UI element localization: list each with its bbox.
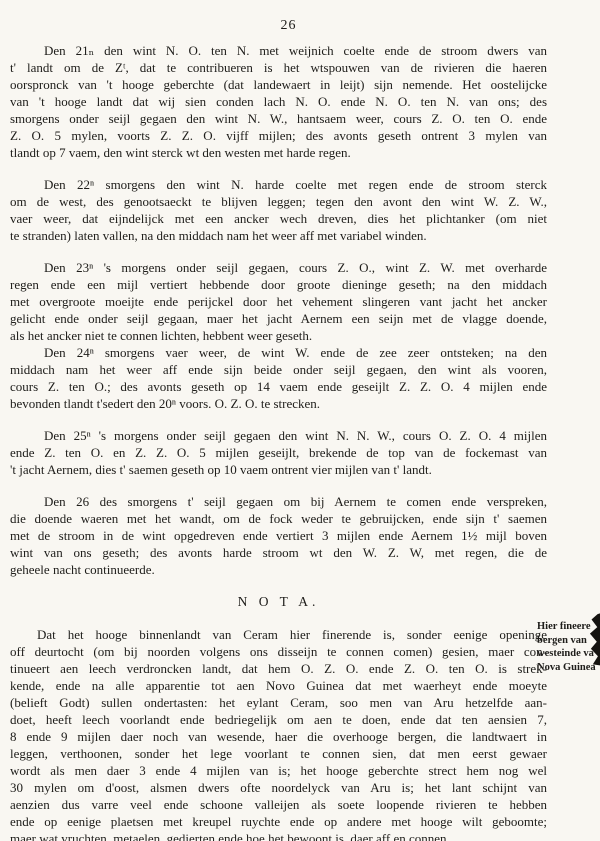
text-line: die doende waeren met het wandt, om de f… xyxy=(10,510,547,527)
text-line: wint van ons geseth; des avonts harde st… xyxy=(10,544,547,561)
journal-paragraph: Den 26 des smorgens t' seijl gegaen om b… xyxy=(10,493,547,578)
text-line: 't jacht Aernem, dies t' saemen geseth o… xyxy=(10,461,547,478)
margin-note-line: Hier fineere xyxy=(537,620,600,634)
text-line: Den 25ⁿ 's morgens onder seijl gegaen de… xyxy=(10,427,547,444)
journal-paragraph: Den 21ₙ den wint N. O. ten N. met weijni… xyxy=(10,42,547,161)
nota-section: Dat het hooge binnenlandt van Ceram hier… xyxy=(10,626,547,841)
journal-paragraph: Den 24ⁿ smorgens vaer weer, de wint W. e… xyxy=(10,344,547,412)
text-line: (belieft Godt) sullen ondertasten: het e… xyxy=(10,694,547,711)
text-line: middach nam het weer aff ende sijn beide… xyxy=(10,361,547,378)
nota-heading: N O T A. xyxy=(10,594,547,611)
text-line: Den 23ⁿ 's morgens onder seijl gegaen, c… xyxy=(10,259,547,276)
text-line: aenzien dus varre veel ende schoone vall… xyxy=(10,796,547,813)
journal-paragraph: Den 22ⁿ smorgens den wint N. harde coelt… xyxy=(10,176,547,244)
text-line: Z. O. 5 mylen, voorts Z. Z. O. vijff mij… xyxy=(10,127,547,144)
text-line: maer wat vruchten, metaelen, gedierten e… xyxy=(10,830,547,841)
text-line: bevonden tlandt t'sedert den 20ⁿ voors. … xyxy=(10,395,547,412)
text-line: oorspronck van 't hooge geberchte (dat l… xyxy=(10,76,547,93)
page-number: 26 xyxy=(10,18,567,34)
book-page: 26 Den 21ₙ den wint N. O. ten N. met wei… xyxy=(0,0,600,841)
text-line: wordt als men daer 3 ende 4 mijlen van i… xyxy=(10,762,547,779)
text-line: als het ancker niet te connen lichten, h… xyxy=(10,327,547,344)
text-line: Den 22ⁿ smorgens den wint N. harde coelt… xyxy=(10,176,547,193)
journal-paragraph: Den 23ⁿ 's morgens onder seijl gegaen, c… xyxy=(10,259,547,344)
text-line: te stranden) laten vallen, na den middac… xyxy=(10,227,547,244)
text-line: met overgroote moeijte ende perijckel do… xyxy=(10,293,547,310)
text-line: ende op eenige plaetsen met kreupel ruyc… xyxy=(10,813,547,830)
text-line: van 't hooge landt dat wij sien conden l… xyxy=(10,93,547,110)
text-line: geheele nacht continueerde. xyxy=(10,561,547,578)
text-line: ende Z. ten O. en Z. Z. O. 5 mijlen gese… xyxy=(10,444,547,461)
text-line: smorgens onder seijl gegaen den wint N. … xyxy=(10,110,547,127)
margin-note: Hier fineerebergen vanwesteinde vaNova G… xyxy=(537,620,600,674)
text-line: tinueert aen leech verdroncken landt, da… xyxy=(10,660,547,677)
margin-note-line: westeinde va xyxy=(537,647,600,661)
nota-paragraph: Dat het hooge binnenlandt van Ceram hier… xyxy=(10,626,547,841)
text-line: Dat het hooge binnenlandt van Ceram hier… xyxy=(10,626,547,643)
text-line: Den 21ₙ den wint N. O. ten N. met weijni… xyxy=(10,42,547,59)
journal-section: Den 21ₙ den wint N. O. ten N. met weijni… xyxy=(10,42,547,578)
text-line: regen ende een mijl vertiert hebbende do… xyxy=(10,276,547,293)
text-line: om de west, des genootsaeckt te blijven … xyxy=(10,193,547,210)
text-line: gelicht ende onder seijl gegaan, maer he… xyxy=(10,310,547,327)
text-line: tlandt op 7 vaem, den wint sterck wt den… xyxy=(10,144,547,161)
journal-paragraph: Den 25ⁿ 's morgens onder seijl gegaen de… xyxy=(10,427,547,478)
text-line: met de stroom in de wint opgedreven ende… xyxy=(10,527,547,544)
text-line: doet, heeft leech voorlandt ende bedrieg… xyxy=(10,711,547,728)
text-line: Den 26 des smorgens t' seijl gegaen om b… xyxy=(10,493,547,510)
text-line: cours Z. ten O.; des avonts geseth op 14… xyxy=(10,378,547,395)
text-line: vaer weer, dat eijndelijck met een ancke… xyxy=(10,210,547,227)
text-line: off deurtocht (om bij noorden volgens on… xyxy=(10,643,547,660)
text-line: kende, ende na alle apparentie tot aen N… xyxy=(10,677,547,694)
body-text-column: Den 21ₙ den wint N. O. ten N. met weijni… xyxy=(10,42,547,841)
text-line: t' landt om de Zᵗ, dat te contribueren i… xyxy=(10,59,547,76)
text-line: leggen, verthoonen, sonder het lege voor… xyxy=(10,745,547,762)
margin-note-line: bergen van xyxy=(537,634,600,648)
text-line: Den 24ⁿ smorgens vaer weer, de wint W. e… xyxy=(10,344,547,361)
margin-note-line: Nova Guinea xyxy=(537,661,600,675)
text-line: 8 ende 9 mijlen daer noch van wesende, h… xyxy=(10,728,547,745)
text-line: 30 mylen om d'oost, alsmen dwers ofte no… xyxy=(10,779,547,796)
